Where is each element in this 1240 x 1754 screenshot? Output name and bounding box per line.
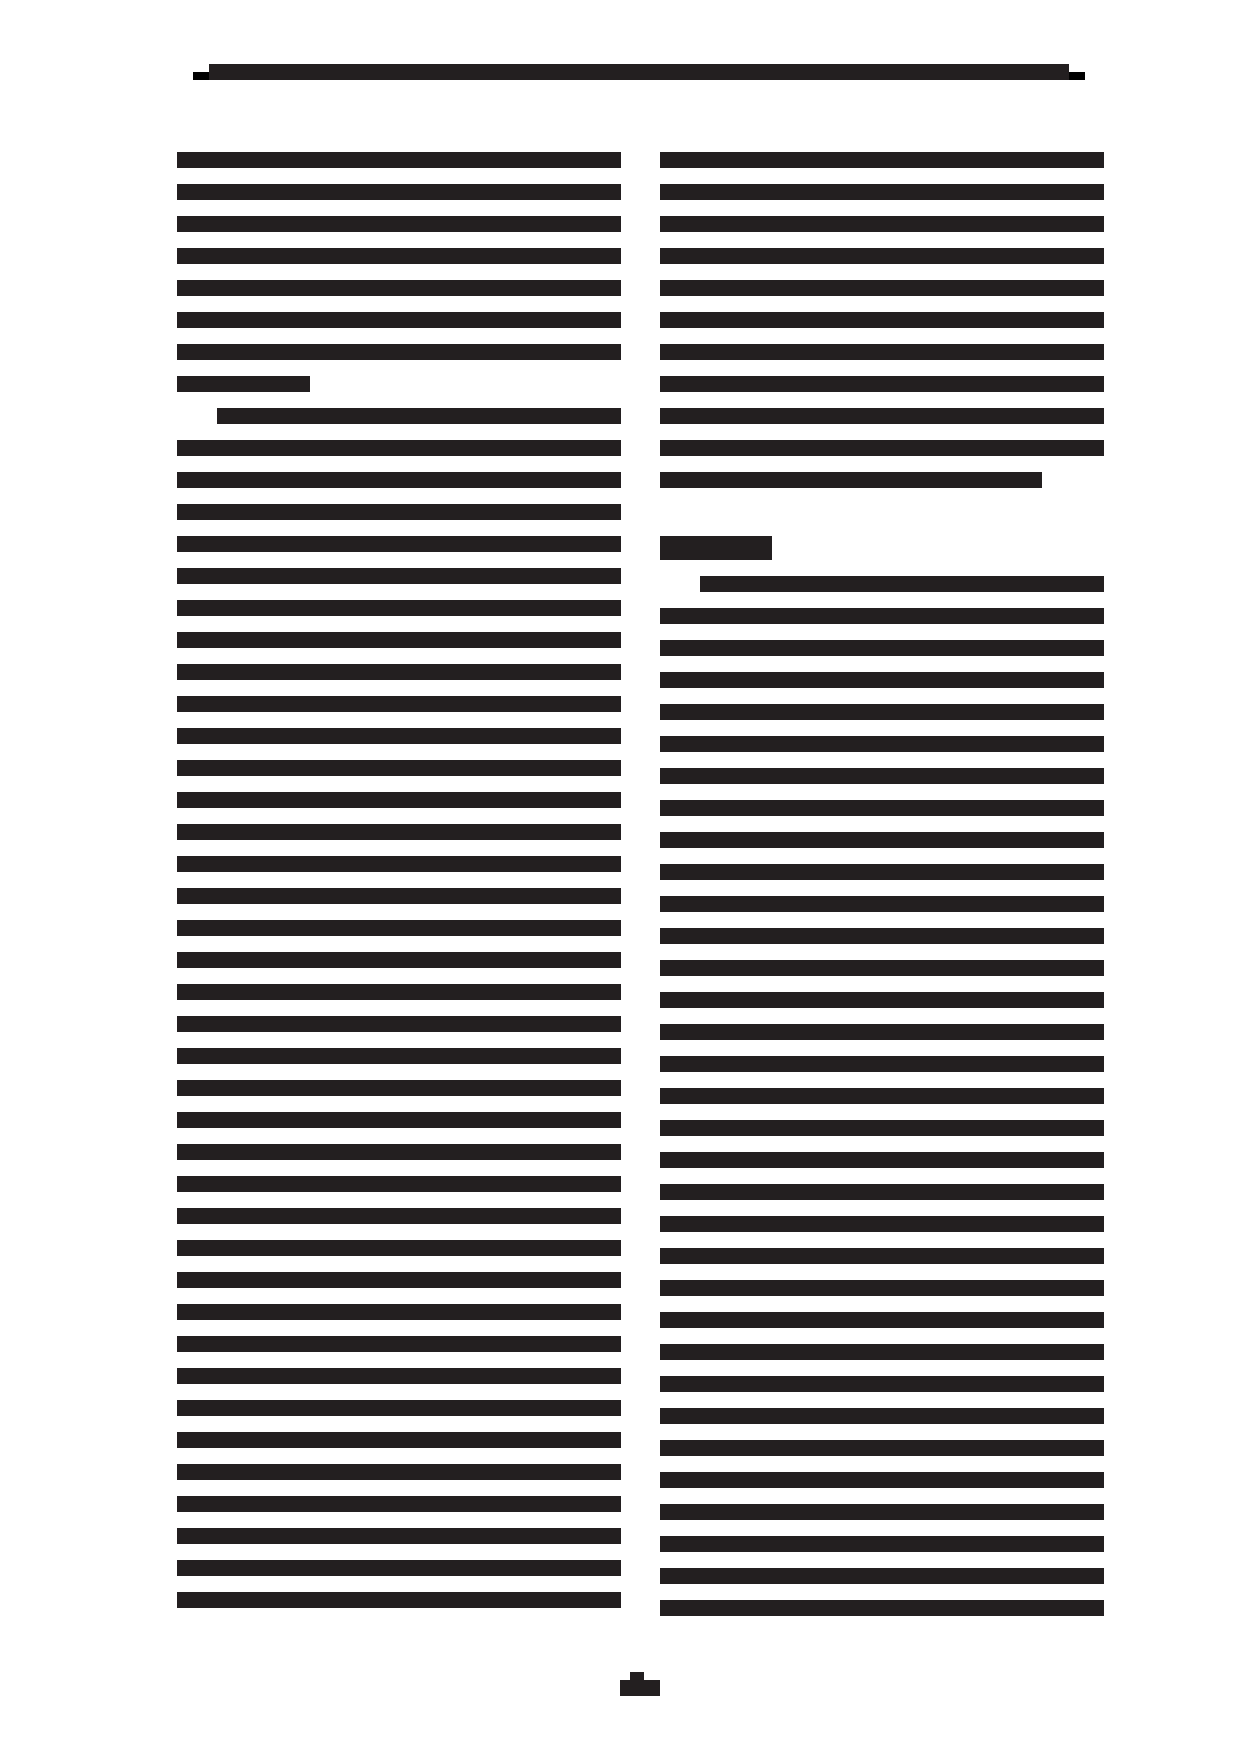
text-line [177, 344, 621, 360]
text-line [177, 1240, 621, 1256]
text-line [217, 408, 621, 424]
text-line [660, 216, 1104, 232]
text-line [177, 1016, 621, 1032]
header-rule-cap-left [193, 72, 209, 80]
text-line [660, 640, 1104, 656]
text-line [660, 1408, 1104, 1424]
text-line [177, 1144, 621, 1160]
text-line [177, 888, 621, 904]
text-line [177, 1592, 621, 1608]
text-line [660, 312, 1104, 328]
text-line [660, 800, 1104, 816]
text-line [660, 1568, 1104, 1584]
text-line [660, 1152, 1104, 1168]
text-line [660, 152, 1104, 168]
text-line [660, 1216, 1104, 1232]
text-line [177, 984, 621, 1000]
text-line [177, 248, 621, 264]
text-line [177, 632, 621, 648]
text-line [177, 1080, 621, 1096]
text-line [660, 1440, 1104, 1456]
text-line [177, 952, 621, 968]
text-line [660, 864, 1104, 880]
text-line [660, 1312, 1104, 1328]
left-column [177, 152, 621, 1624]
text-line [177, 920, 621, 936]
text-line [660, 832, 1104, 848]
text-line [660, 1536, 1104, 1552]
text-line [660, 440, 1104, 456]
text-line [177, 1528, 621, 1544]
text-line [177, 280, 621, 296]
text-line [660, 736, 1104, 752]
text-line [660, 408, 1104, 424]
text-line [177, 760, 621, 776]
text-line [177, 1304, 621, 1320]
text-line [700, 576, 1104, 592]
text-line [177, 216, 621, 232]
header-rule-cap-right [1069, 72, 1085, 80]
text-line [177, 728, 621, 744]
text-line [660, 1120, 1104, 1136]
text-line [177, 1208, 621, 1224]
text-line [660, 1280, 1104, 1296]
text-line [177, 664, 621, 680]
text-line [660, 1056, 1104, 1072]
text-line [660, 472, 1042, 488]
text-line [177, 1464, 621, 1480]
text-line [660, 1184, 1104, 1200]
right-column [660, 152, 1104, 1632]
text-line [177, 312, 621, 328]
text-line [660, 768, 1104, 784]
text-line [177, 376, 310, 392]
text-line [660, 960, 1104, 976]
text-line [177, 824, 621, 840]
paragraph [177, 408, 621, 1608]
text-line [660, 248, 1104, 264]
text-line [177, 1176, 621, 1192]
text-line [660, 896, 1104, 912]
text-line [177, 1400, 621, 1416]
text-line [660, 1376, 1104, 1392]
text-line [660, 992, 1104, 1008]
text-line [177, 152, 621, 168]
text-line [177, 1272, 621, 1288]
text-line [177, 1336, 621, 1352]
text-line [177, 1560, 621, 1576]
text-line [177, 792, 621, 808]
text-line [660, 1248, 1104, 1264]
text-line [177, 1432, 621, 1448]
text-line [660, 1600, 1104, 1616]
text-line [660, 928, 1104, 944]
section-heading [660, 536, 772, 560]
text-line [660, 1024, 1104, 1040]
text-line [177, 184, 621, 200]
text-line [177, 536, 621, 552]
paragraph [177, 152, 621, 392]
text-line [177, 568, 621, 584]
page-number [620, 1672, 662, 1696]
text-line [177, 1496, 621, 1512]
paragraph [660, 576, 1104, 1616]
text-line [660, 1472, 1104, 1488]
text-line [660, 184, 1104, 200]
text-line [660, 608, 1104, 624]
text-line [660, 1344, 1104, 1360]
paragraph [660, 152, 1104, 488]
text-line [660, 376, 1104, 392]
text-line [177, 696, 621, 712]
text-line [177, 1112, 621, 1128]
text-line [177, 504, 621, 520]
header-rule [209, 64, 1069, 80]
text-line [660, 672, 1104, 688]
text-line [660, 344, 1104, 360]
text-line [177, 1368, 621, 1384]
text-line [177, 856, 621, 872]
text-line [660, 280, 1104, 296]
text-line [660, 704, 1104, 720]
text-line [177, 600, 621, 616]
text-line [660, 1504, 1104, 1520]
text-line [177, 472, 621, 488]
text-line [177, 440, 621, 456]
running-header-text [209, 64, 210, 65]
text-line [177, 1048, 621, 1064]
text-line [660, 1088, 1104, 1104]
